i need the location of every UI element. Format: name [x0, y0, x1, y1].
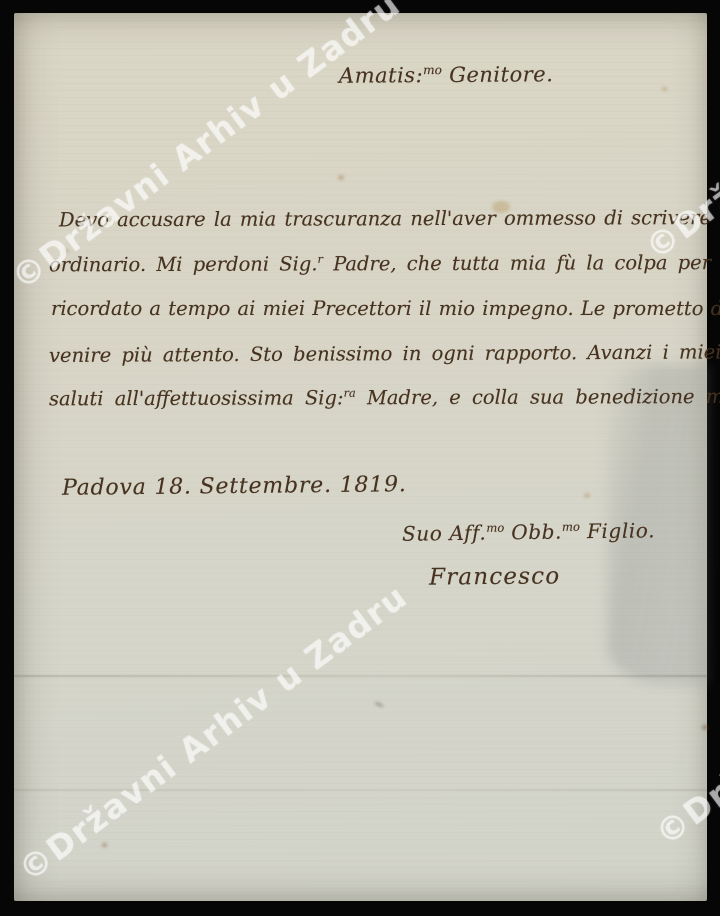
foxing-spot [702, 725, 708, 730]
valediction-text: Figlio. [580, 518, 655, 543]
valediction-superscript: mo [486, 521, 504, 535]
body-line-text: Padre, che tutta mia fù la colpa per non… [323, 251, 720, 276]
body-line-3: ricordato a tempo ai miei Precettori il … [51, 297, 720, 320]
salutation-line: Amatis:mo Genitore. [339, 62, 553, 87]
body-line-superscript: ra [344, 387, 356, 400]
body-line-4: venire più attento. Sto benissimo in ogn… [49, 340, 720, 367]
body-line-text: ordinario. Mi perdoni Sig. [49, 252, 318, 276]
signature: Francesco [429, 563, 561, 590]
salutation-text: Genitore. [442, 62, 554, 87]
foxing-spot [338, 175, 344, 180]
body-line-text: Madre, e colla sua benedizione mi segno. [356, 385, 720, 410]
body-line-1: Devo accusare la mia trascuranza nell'av… [59, 206, 720, 232]
foxing-spot [374, 701, 384, 708]
dateline: Padova 18. Settembre. 1819. [62, 472, 407, 501]
fold-crease [14, 789, 707, 791]
valediction-line: Suo Aff.mo Obb.mo Figlio. [402, 518, 655, 546]
foxing-spot [662, 87, 667, 91]
body-line-text: Devo accusare la mia trascuranza nell'av… [59, 206, 720, 232]
body-line-text: ricordato a tempo ai miei Precettori il … [51, 297, 720, 320]
valediction-text: Obb. [504, 520, 562, 545]
letter-page: Amatis:mo Genitore. Devo accusare la mia… [14, 13, 707, 901]
fold-crease [14, 675, 707, 677]
valediction-superscript: mo [562, 520, 580, 534]
body-line-text: venire più attento. Sto benissimo in ogn… [49, 340, 720, 367]
foxing-spot [584, 493, 590, 498]
body-line-text: saluti all'affettuosissima Sig: [49, 386, 344, 410]
salutation-text: Amatis: [339, 63, 423, 88]
foxing-spot [102, 843, 107, 847]
salutation-superscript: mo [423, 63, 442, 77]
body-line-5: saluti all'affettuosissima Sig:ra Madre,… [49, 385, 720, 411]
scan-viewport: Amatis:mo Genitore. Devo accusare la mia… [0, 0, 720, 916]
valediction-text: Suo Aff. [402, 521, 487, 546]
body-line-2: ordinario. Mi perdoni Sig.r Padre, che t… [49, 251, 720, 277]
